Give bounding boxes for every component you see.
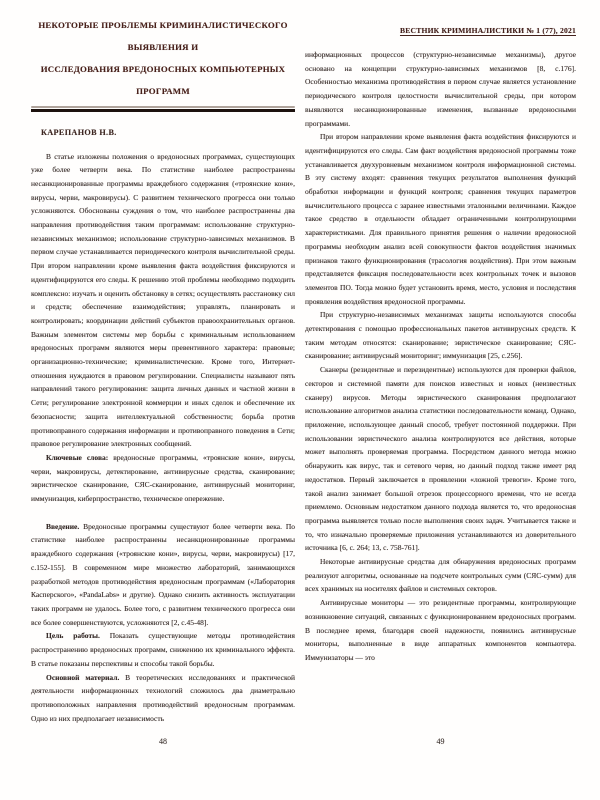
- keywords-paragraph: Ключевые слова: вредоносные программы, «…: [31, 451, 295, 506]
- body-paragraph: При структурно-независимых механизмах за…: [305, 308, 576, 363]
- document-spread: НЕКОТОРЫЕ ПРОБЛЕМЫ КРИМИНАЛИСТИЧЕСКОГО В…: [0, 0, 600, 800]
- journal-header: ВЕСТНИК КРИМИНАЛИСТИКИ № 1 (77), 2021: [305, 26, 576, 35]
- abstract-paragraph: В статье изложены положения о вредоносны…: [31, 150, 295, 451]
- body-paragraph: Антивирусные мониторы — это резидентные …: [305, 596, 576, 665]
- page-left: НЕКОТОРЫЕ ПРОБЛЕМЫ КРИМИНАЛИСТИЧЕСКОГО В…: [31, 0, 295, 800]
- page-right: ВЕСТНИК КРИМИНАЛИСТИКИ № 1 (77), 2021 ин…: [305, 0, 576, 800]
- body-paragraph: информационных процессов (структурно-нез…: [305, 48, 576, 130]
- body-paragraph: При втором направлении кроме выявления ф…: [305, 130, 576, 308]
- introduction-text: Вредоносные программы существуют более ч…: [31, 522, 295, 627]
- introduction-paragraph: Введение. Вредоносные программы существу…: [31, 520, 295, 630]
- page-number-left: 48: [31, 737, 295, 746]
- article-title-line-2: ИССЛЕДОВАНИЯ ВРЕДОНОСНЫХ КОМПЬЮТЕРНЫХ ПР…: [31, 58, 295, 102]
- title-rule-shadow: [31, 106, 295, 108]
- introduction-lead: Введение.: [46, 522, 79, 531]
- page-number-right: 49: [305, 737, 576, 746]
- body-paragraph: Некоторые антивирусные средства для обна…: [305, 555, 576, 596]
- main-material-lead: Основной материал.: [46, 673, 119, 682]
- article-title: НЕКОТОРЫЕ ПРОБЛЕМЫ КРИМИНАЛИСТИЧЕСКОГО В…: [31, 14, 295, 112]
- right-page-body: информационных процессов (структурно-нез…: [305, 48, 576, 665]
- goal-lead: Цель работы.: [46, 631, 100, 640]
- left-page-body: В статье изложены положения о вредоносны…: [31, 150, 295, 726]
- body-paragraph: Сканеры (резидентные и перезидентные) ис…: [305, 363, 576, 555]
- article-title-line-1: НЕКОТОРЫЕ ПРОБЛЕМЫ КРИМИНАЛИСТИЧЕСКОГО В…: [31, 14, 295, 58]
- goal-paragraph: Цель работы. Показать существующие метод…: [31, 629, 295, 670]
- title-rule: [31, 109, 295, 112]
- keywords-label: Ключевые слова:: [46, 453, 108, 462]
- author-name: КАРЕПАНОВ Н.В.: [31, 128, 295, 137]
- main-material-paragraph: Основной материал. В теоретических иссле…: [31, 671, 295, 726]
